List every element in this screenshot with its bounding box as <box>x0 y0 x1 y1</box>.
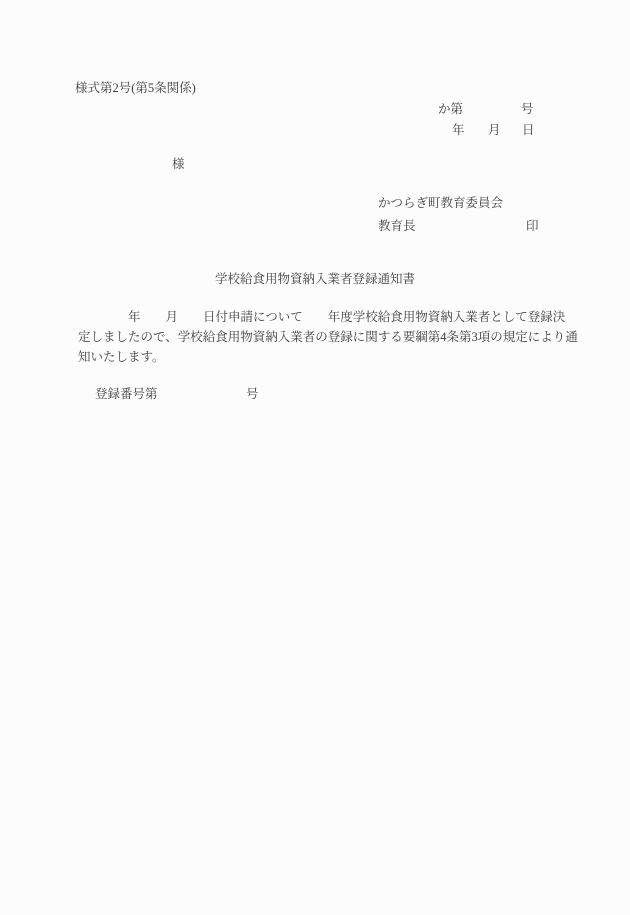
form-number: 様式第2号(第5条関係) <box>75 78 196 98</box>
date-month-label: 月 <box>488 120 501 140</box>
registration-number-label: 登録番号第 <box>95 384 158 404</box>
body-paragraph: 年 月 日付申請について 年度学校給食用物資納入業者として登録決 定しましたので… <box>78 307 578 367</box>
date-year-label: 年 <box>452 120 465 140</box>
body-paragraph-line: 知いたします。 <box>78 347 578 367</box>
document-number-suffix: 号 <box>521 99 534 119</box>
document-page: 様式第2号(第5条関係) か第 号 年 月 日 様 かつらぎ町教育委員会 教育長… <box>0 0 630 915</box>
sender-title: 教育長 <box>378 216 416 236</box>
document-number-prefix: か第 <box>438 99 463 119</box>
sender-organization: かつらぎ町教育委員会 <box>378 193 503 213</box>
body-paragraph-line: 定しましたので、学校給食用物資納入業者の登録に関する要綱第4条第3項の規定により… <box>78 327 578 347</box>
date-day-label: 日 <box>522 120 535 140</box>
document-title: 学校給食用物資納入業者登録通知書 <box>0 269 630 289</box>
registration-number-suffix: 号 <box>246 384 259 404</box>
addressee-honorific: 様 <box>172 154 185 174</box>
body-paragraph-line: 年 月 日付申請について 年度学校給食用物資納入業者として登録決 <box>78 307 578 327</box>
seal-placeholder: 印 <box>526 216 539 236</box>
